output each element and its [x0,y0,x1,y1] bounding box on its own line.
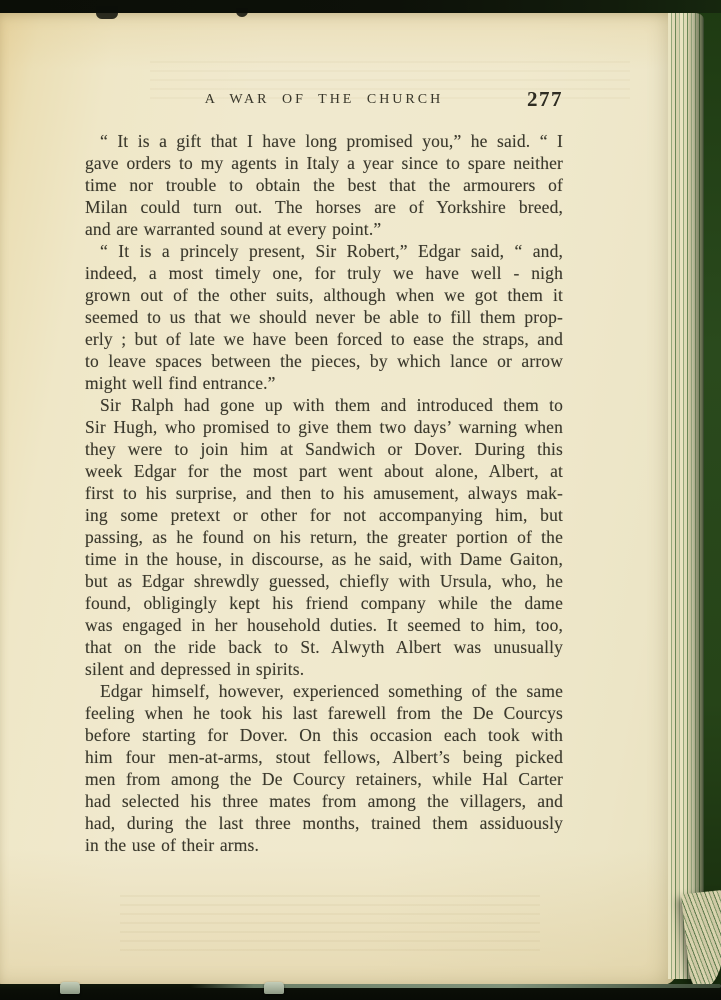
stacked-page-edges [668,13,704,979]
text-line: gave orders to my agents in Italy a year… [85,152,563,174]
text-line: him four men-at-arms, stout fellows, Alb… [85,746,563,768]
text-line: found, obligingly kept his friend compan… [85,592,563,614]
text-line: they were to join him at Sandwich or Dov… [85,438,563,460]
text-line: Edgar himself, however, experienced some… [85,680,563,702]
text-line: in the use of their arms. [85,834,563,856]
text-line: Milan could turn out. The horses are of … [85,196,563,218]
text-line: before starting for Dover. On this occas… [85,724,563,746]
text-line: first to his surprise, and then to his a… [85,482,563,504]
text-line: might well find entrance.” [85,372,563,394]
text-line: had, during the last three months, train… [85,812,563,834]
text-line: passing, as he found on his return, the … [85,526,563,548]
text-line: and are warranted sound at every point.” [85,218,563,240]
cover-top-band [0,0,721,13]
text-line: grown out of the other suits, although w… [85,284,563,306]
paragraph: Edgar himself, however, experienced some… [85,680,563,856]
text-line: seemed to us that we should never be abl… [85,306,563,328]
text-line: had selected his three mates from among … [85,790,563,812]
paragraph: “ It is a princely present, Sir Robert,”… [85,240,563,394]
text-line: time in the house, in discourse, as he s… [85,548,563,570]
text-line: “ It is a gift that I have long promised… [85,130,563,152]
text-line: to leave spaces between the pieces, by w… [85,350,563,372]
scanned-book-photo: A WAR OF THE CHURCH 277 “ It is a gift t… [0,0,721,1000]
cover-notch [96,6,118,19]
text-line: ing some pretext or other for not accomp… [85,504,563,526]
text-line: was engaged in her household duties. It … [85,614,563,636]
text-line: men from among the De Courcy retainers, … [85,768,563,790]
text-line: Sir Ralph had gone up with them and intr… [85,394,563,416]
text-line: indeed, a most timely one, for truly we … [85,262,563,284]
text-line: silent and depressed in spirits. [85,658,563,680]
text-line: erly ; but of late we have been forced t… [85,328,563,350]
book-page: A WAR OF THE CHURCH 277 “ It is a gift t… [0,11,676,985]
text-line: week Edgar for the most part went about … [85,460,563,482]
cover-bottom-band [0,984,721,1000]
paragraph: “ It is a gift that I have long promised… [85,130,563,240]
text-line: that on the ride back to St. Alwyth Albe… [85,636,563,658]
cover-clasp [60,982,80,994]
text-line: time nor trouble to obtain the best that… [85,174,563,196]
text-line: “ It is a princely present, Sir Robert,”… [85,240,563,262]
running-title: A WAR OF THE CHURCH [85,92,563,108]
text-line: feeling when he took his last farewell f… [85,702,563,724]
paragraph: Sir Ralph had gone up with them and intr… [85,394,563,680]
text-line: but as Edgar shrewdly guessed, chiefly w… [85,570,563,592]
scan-texture [120,895,540,953]
text-line: Sir Hugh, who promised to give them two … [85,416,563,438]
cover-clasp [264,982,284,994]
text-body: “ It is a gift that I have long promised… [85,130,563,856]
page-number: 277 [527,87,563,112]
